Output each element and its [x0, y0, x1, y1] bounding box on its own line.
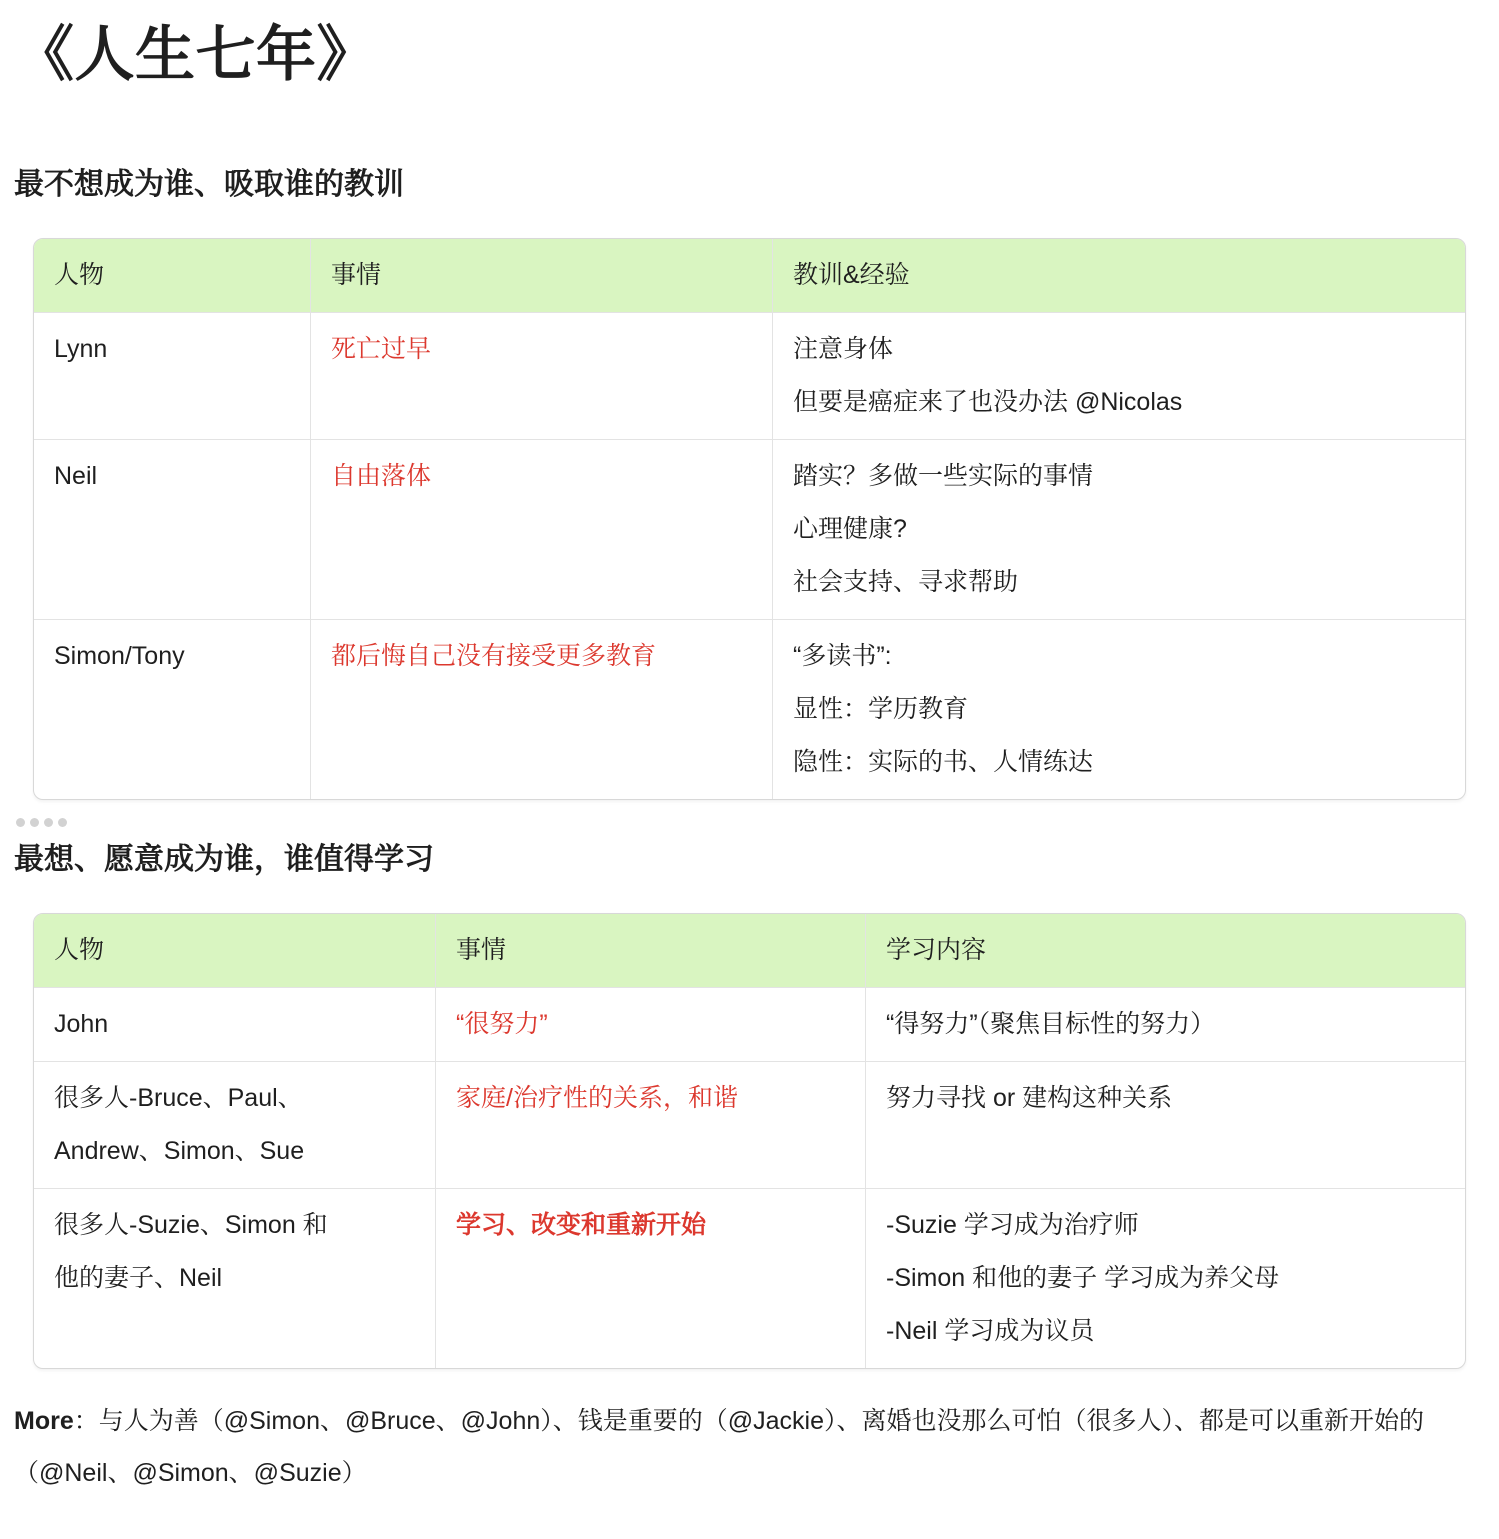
more-label: More — [14, 1407, 74, 1435]
table-row: John “很努力” “得努力”（聚焦目标性的努力） — [34, 988, 1465, 1062]
lesson-cell: 踏实？多做一些实际的事情 心理健康? 社会支持、寻求帮助 — [773, 440, 1465, 620]
column-header-event: 事情 — [311, 239, 773, 313]
table-row: 很多人-Suzie、Simon 和 他的妻子、Neil 学习、改变和重新开始 -… — [34, 1189, 1465, 1368]
dot-icon — [44, 818, 53, 827]
lesson-cell: “多读书”: 显性：学历教育 隐性：实际的书、人情练达 — [773, 620, 1465, 799]
person-cell: Lynn — [34, 313, 311, 440]
dot-icon — [58, 818, 67, 827]
column-header-person: 人物 — [34, 239, 311, 313]
event-cell: 自由落体 — [311, 440, 773, 620]
table-header-row: 人物 事情 教训&经验 — [34, 239, 1465, 313]
event-cell: 家庭/治疗性的关系，和谐 — [436, 1062, 866, 1189]
person-cell: Simon/Tony — [34, 620, 311, 799]
dot-icon — [16, 818, 25, 827]
page-title: 《人生七年》 — [14, 14, 1485, 95]
column-header-lesson: 教训&经验 — [773, 239, 1465, 313]
event-cell: 死亡过早 — [311, 313, 773, 440]
table-row: Simon/Tony 都后悔自己没有接受更多教育 “多读书”: 显性：学历教育 … — [34, 620, 1465, 799]
table-row: 很多人-Bruce、Paul、 Andrew、Simon、Sue 家庭/治疗性的… — [34, 1062, 1465, 1189]
column-header-person: 人物 — [34, 914, 436, 988]
column-header-learning: 学习内容 — [866, 914, 1465, 988]
person-cell: 很多人-Bruce、Paul、 Andrew、Simon、Sue — [34, 1062, 436, 1189]
more-note: More：与人为善（@Simon、@Bruce、@John）、钱是重要的（@Ja… — [14, 1395, 1485, 1499]
event-cell: 都后悔自己没有接受更多教育 — [311, 620, 773, 799]
ellipsis-dots[interactable] — [16, 816, 1485, 828]
lesson-cell: 注意身体 但要是癌症来了也没办法 @Nicolas — [773, 313, 1465, 440]
event-cell: “很努力” — [436, 988, 866, 1062]
learning-cell: “得努力”（聚焦目标性的努力） — [866, 988, 1465, 1062]
more-text: ：与人为善（@Simon、@Bruce、@John）、钱是重要的（@Jackie… — [14, 1407, 1424, 1487]
table-header-row: 人物 事情 学习内容 — [34, 914, 1465, 988]
lessons-table: 人物 事情 教训&经验 Lynn 死亡过早 注意身体 但要是癌症来了也没办法 @… — [33, 238, 1466, 800]
person-cell: John — [34, 988, 436, 1062]
learning-cell: -Suzie 学习成为治疗师 -Simon 和他的妻子 学习成为养父母 -Nei… — [866, 1189, 1465, 1368]
section-heading-lessons: 最不想成为谁、吸取谁的教训 — [14, 165, 1485, 204]
learning-cell: 努力寻找 or 建构这种关系 — [866, 1062, 1465, 1189]
column-header-event: 事情 — [436, 914, 866, 988]
person-cell: Neil — [34, 440, 311, 620]
section-heading-role-models: 最想、愿意成为谁，谁值得学习 — [14, 840, 1485, 879]
table-row: Lynn 死亡过早 注意身体 但要是癌症来了也没办法 @Nicolas — [34, 313, 1465, 440]
table-row: Neil 自由落体 踏实？多做一些实际的事情 心理健康? 社会支持、寻求帮助 — [34, 440, 1465, 620]
event-cell: 学习、改变和重新开始 — [436, 1189, 866, 1368]
role-models-table: 人物 事情 学习内容 John “很努力” “得努力”（聚焦目标性的努力） 很多… — [33, 913, 1466, 1369]
dot-icon — [30, 818, 39, 827]
person-cell: 很多人-Suzie、Simon 和 他的妻子、Neil — [34, 1189, 436, 1368]
